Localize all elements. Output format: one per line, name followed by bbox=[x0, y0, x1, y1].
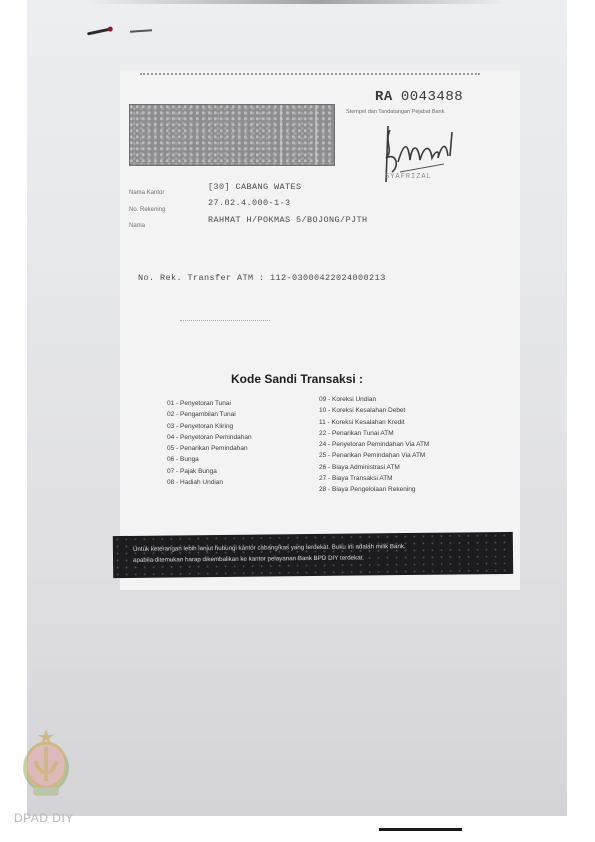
codes-list-left: 01 - Penyetoran Tunai 02 - Pengambilan T… bbox=[167, 398, 252, 488]
code-item: 24 - Penyetoran Pemindahan Via ATM bbox=[319, 439, 429, 450]
watermark-text: DPAD DIY bbox=[14, 811, 74, 825]
code-item: 02 - Pengambilan Tunai bbox=[167, 409, 252, 420]
redaction-stripe bbox=[315, 105, 317, 165]
pen-mark bbox=[87, 28, 111, 36]
code-item: 03 - Penyetoran Kliring bbox=[167, 421, 252, 432]
atm-transfer-account: No. Rek. Transfer ATM : 112-030004220240… bbox=[138, 273, 386, 283]
stamp-caption: Stempel dan Tandatangan Pejabat Bank bbox=[346, 109, 444, 115]
code-item: 22 - Penarikan Tunai ATM bbox=[319, 428, 429, 439]
scan-edge-shadow bbox=[87, 0, 507, 4]
code-item: 28 - Biaya Pengelolaan Rekening bbox=[319, 484, 429, 495]
notice-banner: Untuk keterangan lebih lanjut hubungi ka… bbox=[113, 532, 513, 578]
code-item: 27 - Biaya Transaksi ATM bbox=[319, 473, 429, 484]
atm-transfer-label: No. Rek. Transfer ATM : bbox=[138, 273, 265, 283]
signature-icon bbox=[380, 122, 480, 192]
code-item: 06 - Bunga bbox=[167, 454, 252, 465]
pen-mark bbox=[130, 29, 152, 33]
atm-transfer-value: 112-0300042202400021З bbox=[270, 273, 386, 283]
code-item: 08 - Hadiah Undian bbox=[167, 477, 252, 488]
field-value-office: [30] CABANG WATES bbox=[208, 182, 302, 192]
serial-value: 0043488 bbox=[401, 89, 463, 105]
code-item: 04 - Penyetoran Pemindahan bbox=[167, 432, 252, 443]
codes-list-right: 09 - Koreksi Undian 10 - Koreksi Kesalah… bbox=[319, 394, 429, 496]
faint-line bbox=[180, 320, 270, 321]
field-value-account: 27.02.4.000-1-3 bbox=[208, 198, 291, 208]
signatory-name: SYAFRIZAL bbox=[385, 173, 432, 181]
field-label-account: No. Rekening bbox=[129, 207, 165, 213]
serial-prefix: RA bbox=[375, 89, 393, 105]
serial-number: RA0043488 bbox=[375, 89, 463, 105]
codes-title: Kode Sandi Transaksi : bbox=[231, 372, 363, 386]
yogyakarta-emblem-icon bbox=[17, 727, 75, 799]
code-item: 07 - Pajak Bunga bbox=[167, 466, 252, 477]
code-item: 25 - Penarikan Pemindahan Via ATM bbox=[319, 450, 429, 461]
redacted-area bbox=[129, 104, 335, 166]
scan-artifact-bar bbox=[379, 828, 462, 831]
field-label-office: Nama Kantor bbox=[129, 190, 164, 196]
code-item: 26 - Biaya Administrasi ATM bbox=[319, 462, 429, 473]
code-item: 09 - Koreksi Undian bbox=[319, 394, 429, 405]
field-value-name: RAHMAT H/POKMAS 5/BOJONG/PJTH bbox=[208, 215, 368, 225]
perforation-line bbox=[140, 73, 480, 75]
code-item: 05 - Penarikan Pemindahan bbox=[167, 443, 252, 454]
redaction-stripe bbox=[280, 105, 282, 165]
code-item: 11 - Koreksi Kesalahan Kredit bbox=[319, 417, 429, 428]
field-label-name: Nama bbox=[129, 223, 145, 229]
code-item: 01 - Penyetoran Tunai bbox=[167, 398, 252, 409]
code-item: 10 - Koreksi Kesalahan Debet bbox=[319, 405, 429, 416]
